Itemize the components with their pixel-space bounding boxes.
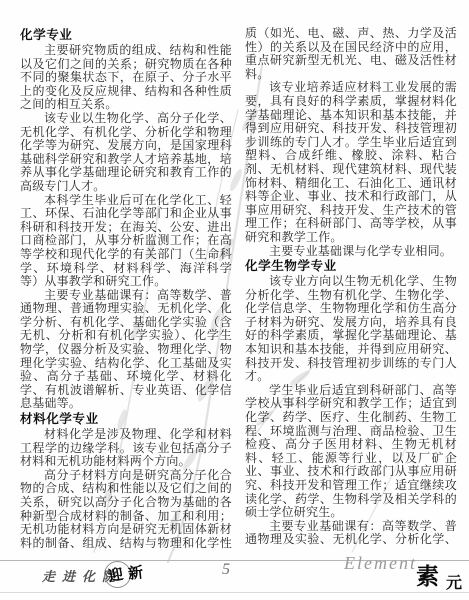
section-chemistry: 化学专业 主要研究物质的组成、结构和性能以及它们之间的关系；研究物质在各种不同的… <box>20 28 232 411</box>
footer-rule-bottom <box>0 592 469 593</box>
paragraph: 主要研究物质的组成、结构和性能以及它们之间的关系；研究物质在各种不同的聚集状态下… <box>20 44 232 112</box>
section-heading-chemistry: 化学专业 <box>20 28 232 43</box>
section-heading-chemical-biology: 化学生物学专业 <box>245 259 457 274</box>
page-number: 5 <box>222 561 230 579</box>
page-footer: 走进化院 迎 新 5 Element 素 元 <box>0 555 469 600</box>
paragraph: 学生毕业后适宜到科研部门、高等学校从事科学研究和教学工作；适宜到化学、药学、医疗… <box>245 384 457 520</box>
element-cjk-yuan: 元 <box>446 570 462 593</box>
stamp-character-xin: 新 <box>127 561 144 583</box>
paragraph: 主要专业基础课与化学专业相同。 <box>245 245 457 259</box>
document-page: 化学专业 主要研究物质的组成、结构和性能以及它们之间的关系；研究物质在各种不同的… <box>0 0 469 600</box>
article-columns: 化学专业 主要研究物质的组成、结构和性能以及它们之间的关系；研究物质在各种不同的… <box>20 27 457 557</box>
paragraph: 本科学生毕业后可在化学化工、轻工、环保、石油化学等部门和企业从事科研和科技开发；… <box>20 194 232 289</box>
element-cjk-su: 素 <box>416 558 439 591</box>
welcome-stamp-logo: 迎 新 <box>104 559 150 589</box>
paragraph: 该专业培养适应材料工业发展的需要，具有良好的科学素质，掌握材料化学基础理论、基本… <box>245 81 457 244</box>
element-script-text: Element <box>344 553 417 574</box>
paragraph: 主要专业基础课有：高等数学、普通物理、普通物理实验、无机化学、化学分析、有机化学… <box>20 289 232 411</box>
paragraph: 该专业方向以生物无机化学、生物分析化学、生物有机化学、生物化学、化学信息学、生物… <box>245 275 457 384</box>
paragraph: 该专业以生物化学、高分子化学、无机化学、有机化学、分析化学和物理化学等为研究、发… <box>20 112 232 194</box>
section-heading-materials-chemistry: 材料化学专业 <box>20 412 232 427</box>
paragraph: 材料化学是涉及物理、化学和材料工程学的边缘学科。该专业包括高分子材料和无机功能材… <box>20 428 232 469</box>
